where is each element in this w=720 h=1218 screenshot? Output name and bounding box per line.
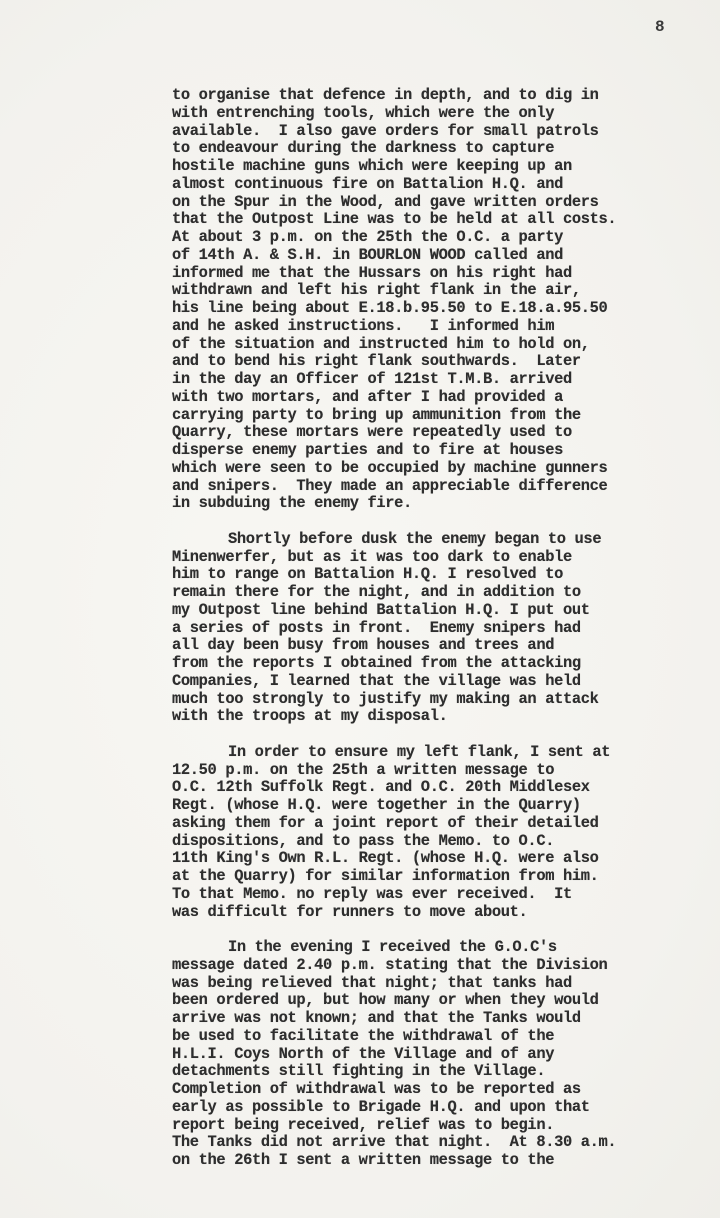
text-line: been ordered up, but how many or when th… <box>172 992 720 1010</box>
text-line: to organise that defence in depth, and t… <box>172 87 720 105</box>
text-line: and to bend his right flank southwards. … <box>172 353 720 371</box>
text-line: dispositions, and to pass the Memo. to O… <box>172 833 720 851</box>
paragraph-gap <box>172 513 720 531</box>
text-line: much too strongly to justify my making a… <box>172 691 720 709</box>
paragraph-gap <box>172 921 720 939</box>
text-line: be used to facilitate the withdrawal of … <box>172 1028 720 1046</box>
paragraph-gap <box>172 726 720 744</box>
text-line: 12.50 p.m. on the 25th a written message… <box>172 762 720 780</box>
text-line: remain there for the night, and in addit… <box>172 584 720 602</box>
paragraph-4: In the evening I received the G.O.C's me… <box>172 939 720 1170</box>
text-line: Completion of withdrawal was to be repor… <box>172 1081 720 1099</box>
text-line-indented: In the evening I received the G.O.C's <box>172 939 720 957</box>
text-line: was difficult for runners to move about. <box>172 904 720 922</box>
text-line: in the day an Officer of 121st T.M.B. ar… <box>172 371 720 389</box>
text-line: his line being about E.18.b.95.50 to E.1… <box>172 300 720 318</box>
text-line: hostile machine guns which were keeping … <box>172 158 720 176</box>
text-line: of 14th A. & S.H. in BOURLON WOOD called… <box>172 247 720 265</box>
text-line-indented: Shortly before dusk the enemy began to u… <box>172 531 720 549</box>
paragraph-3: In order to ensure my left flank, I sent… <box>172 744 720 922</box>
text-line: disperse enemy parties and to fire at ho… <box>172 442 720 460</box>
text-line: to endeavour during the darkness to capt… <box>172 140 720 158</box>
text-line: which were seen to be occupied by machin… <box>172 460 720 478</box>
text-line: 11th King's Own R.L. Regt. (whose H.Q. w… <box>172 850 720 868</box>
text-line: early as possible to Brigade H.Q. and up… <box>172 1099 720 1117</box>
text-line: and snipers. They made an appreciable di… <box>172 478 720 496</box>
text-line: at the Quarry) for similar information f… <box>172 868 720 886</box>
text-line: detachments still fighting in the Villag… <box>172 1063 720 1081</box>
text-line: message dated 2.40 p.m. stating that the… <box>172 957 720 975</box>
text-line: a series of posts in front. Enemy sniper… <box>172 620 720 638</box>
text-line: arrive was not known; and that the Tanks… <box>172 1010 720 1028</box>
text-line: with two mortars, and after I had provid… <box>172 389 720 407</box>
text-line: carrying party to bring up ammunition fr… <box>172 407 720 425</box>
text-line: on the 26th I sent a written message to … <box>172 1152 720 1170</box>
page-number: 8 <box>655 18 665 36</box>
document-body: to organise that defence in depth, and t… <box>172 87 720 1170</box>
text-line: with the troops at my disposal. <box>172 708 720 726</box>
text-line: almost continuous fire on Battalion H.Q.… <box>172 176 720 194</box>
text-line-indented: In order to ensure my left flank, I sent… <box>172 744 720 762</box>
text-line: all day been busy from houses and trees … <box>172 637 720 655</box>
text-line: Regt. (whose H.Q. were together in the Q… <box>172 797 720 815</box>
text-line: on the Spur in the Wood, and gave writte… <box>172 194 720 212</box>
text-line: Minenwerfer, but as it was too dark to e… <box>172 549 720 567</box>
text-line: Quarry, these mortars were repeatedly us… <box>172 424 720 442</box>
text-line: At about 3 p.m. on the 25th the O.C. a p… <box>172 229 720 247</box>
text-line: that the Outpost Line was to be held at … <box>172 211 720 229</box>
text-line: was being relieved that night; that tank… <box>172 975 720 993</box>
text-line: asking them for a joint report of their … <box>172 815 720 833</box>
text-line: in subduing the enemy fire. <box>172 495 720 513</box>
text-line: and he asked instructions. I informed hi… <box>172 318 720 336</box>
text-line: H.L.I. Coys North of the Village and of … <box>172 1046 720 1064</box>
text-line: report being received, relief was to beg… <box>172 1117 720 1135</box>
text-line: O.C. 12th Suffolk Regt. and O.C. 20th Mi… <box>172 779 720 797</box>
paragraph-2: Shortly before dusk the enemy began to u… <box>172 531 720 726</box>
text-line: available. I also gave orders for small … <box>172 123 720 141</box>
text-line: withdrawn and left his right flank in th… <box>172 282 720 300</box>
text-line: The Tanks did not arrive that night. At … <box>172 1134 720 1152</box>
text-line: with entrenching tools, which were the o… <box>172 105 720 123</box>
text-line: him to range on Battalion H.Q. I resolve… <box>172 566 720 584</box>
paragraph-1: to organise that defence in depth, and t… <box>172 87 720 513</box>
text-line: informed me that the Hussars on his righ… <box>172 265 720 283</box>
text-line: from the reports I obtained from the att… <box>172 655 720 673</box>
text-line: my Outpost line behind Battalion H.Q. I … <box>172 602 720 620</box>
text-line: of the situation and instructed him to h… <box>172 336 720 354</box>
text-line: To that Memo. no reply was ever received… <box>172 886 720 904</box>
text-line: Companies, I learned that the village wa… <box>172 673 720 691</box>
document-page: 8 to organise that defence in depth, and… <box>0 0 720 1218</box>
